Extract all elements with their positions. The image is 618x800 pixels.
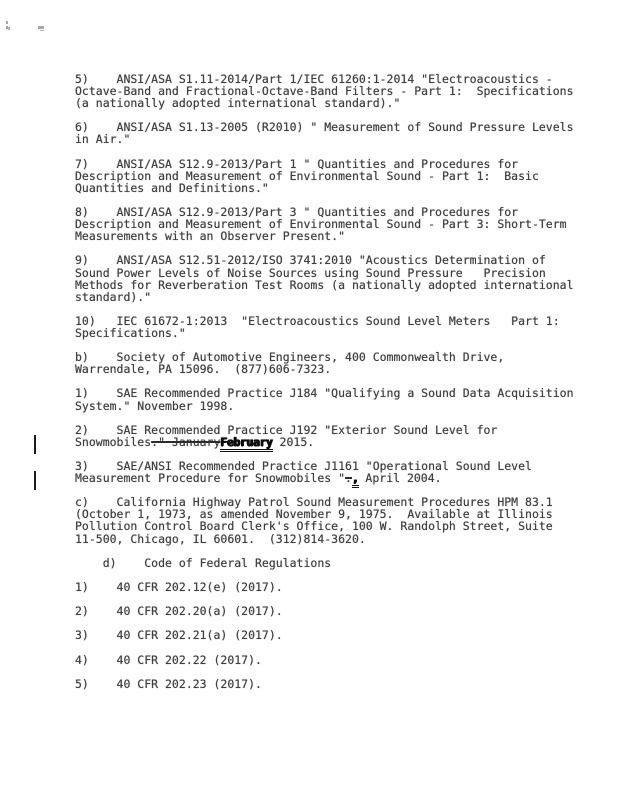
scan-speck-icon — [6, 21, 8, 24]
text-line: 3) 40 CFR 202.21(a) (2017). — [75, 629, 590, 641]
text-line: 6) ANSI/ASA S1.13-2005 (R2010) " Measure… — [75, 121, 590, 133]
text-line: Quantities and Definitions." — [75, 182, 590, 194]
paragraph-ref-d5: 5) 40 CFR 202.23 (2017). — [75, 678, 590, 690]
text-line: Measurement Procedure for Snowmobiles ".… — [75, 472, 590, 484]
text-line: 11-500, Chicago, IL 60601. (312)814-3620… — [75, 533, 590, 545]
text-segment: Snowmobiles — [75, 435, 151, 449]
text-line: 4) 40 CFR 202.22 (2017). — [75, 654, 590, 666]
scanned-page: 5) ANSI/ASA S1.11-2014/Part 1/IEC 61260:… — [0, 0, 618, 800]
paragraph-ref-d2: 2) 40 CFR 202.20(a) (2017). — [75, 605, 590, 617]
paragraph-ref-d: d) Code of Federal Regulations — [75, 557, 590, 569]
text-line: Warrendale, PA 15096. (877)606-7323. — [75, 363, 590, 375]
paragraph-ref-d1: 1) 40 CFR 202.12(e) (2017). — [75, 581, 590, 593]
text-segment: 2015. — [273, 435, 315, 449]
text-line: Specifications." — [75, 327, 590, 339]
text-line: 9) ANSI/ASA S12.51-2012/ISO 3741:2010 "A… — [75, 254, 590, 266]
paragraph-ref-a7: 7) ANSI/ASA S12.9-2013/Part 1 " Quantiti… — [75, 158, 590, 194]
paragraph-ref-b: b) Society of Automotive Engineers, 400 … — [75, 351, 590, 375]
text-segment: April 2004. — [359, 471, 442, 485]
paragraph-ref-a8: 8) ANSI/ASA S12.9-2013/Part 3 " Quantiti… — [75, 206, 590, 242]
paragraph-ref-a10: 10) IEC 61672-1:2013 "Electroacoustics S… — [75, 315, 590, 339]
text-line: 1) SAE Recommended Practice J184 "Qualif… — [75, 387, 590, 399]
text-line: in Air." — [75, 133, 590, 145]
paragraph-ref-a6: 6) ANSI/ASA S1.13-2005 (R2010) " Measure… — [75, 121, 590, 145]
paragraph-ref-d3: 3) 40 CFR 202.21(a) (2017). — [75, 629, 590, 641]
text-segment: Measurement Procedure for Snowmobiles " — [75, 471, 345, 485]
text-line: Pollution Control Board Clerk's Office, … — [75, 520, 590, 532]
text-line: 7) ANSI/ASA S12.9-2013/Part 1 " Quantiti… — [75, 158, 590, 170]
text-line: Sound Power Levels of Noise Sources usin… — [75, 267, 590, 279]
text-line: standard)." — [75, 291, 590, 303]
paragraph-ref-a5: 5) ANSI/ASA S1.11-2014/Part 1/IEC 61260:… — [75, 73, 590, 109]
document-text-block: 5) ANSI/ASA S1.11-2014/Part 1/IEC 61260:… — [75, 73, 590, 702]
text-line: (a nationally adopted international stan… — [75, 97, 590, 109]
paragraph-ref-b2: 2) SAE Recommended Practice J192 "Exteri… — [75, 424, 590, 448]
text-line: Snowmobiles." JanuaryFebruary 2015. — [75, 436, 590, 448]
paragraph-ref-c: c) California Highway Patrol Sound Measu… — [75, 496, 590, 544]
paragraph-ref-b3: 3) SAE/ANSI Recommended Practice J1161 "… — [75, 460, 590, 484]
paragraph-ref-a9: 9) ANSI/ASA S12.51-2012/ISO 3741:2010 "A… — [75, 254, 590, 302]
text-line: 5) 40 CFR 202.23 (2017). — [75, 678, 590, 690]
scan-speck-icon — [38, 26, 44, 29]
text-line: d) Code of Federal Regulations — [75, 557, 590, 569]
text-line: Measurements with an Observer Present." — [75, 230, 590, 242]
paragraph-ref-b1: 1) SAE Recommended Practice J184 "Qualif… — [75, 387, 590, 411]
strikethrough-text: ." January — [151, 435, 220, 449]
strikethrough-text: . — [345, 471, 352, 485]
text-line: 1) 40 CFR 202.12(e) (2017). — [75, 581, 590, 593]
paragraph-ref-d4: 4) 40 CFR 202.22 (2017). — [75, 654, 590, 666]
inserted-text: February — [220, 435, 272, 452]
text-line: 2) 40 CFR 202.20(a) (2017). — [75, 605, 590, 617]
text-line: System." November 1998. — [75, 400, 590, 412]
text-line: Methods for Reverberation Test Rooms (a … — [75, 279, 590, 291]
